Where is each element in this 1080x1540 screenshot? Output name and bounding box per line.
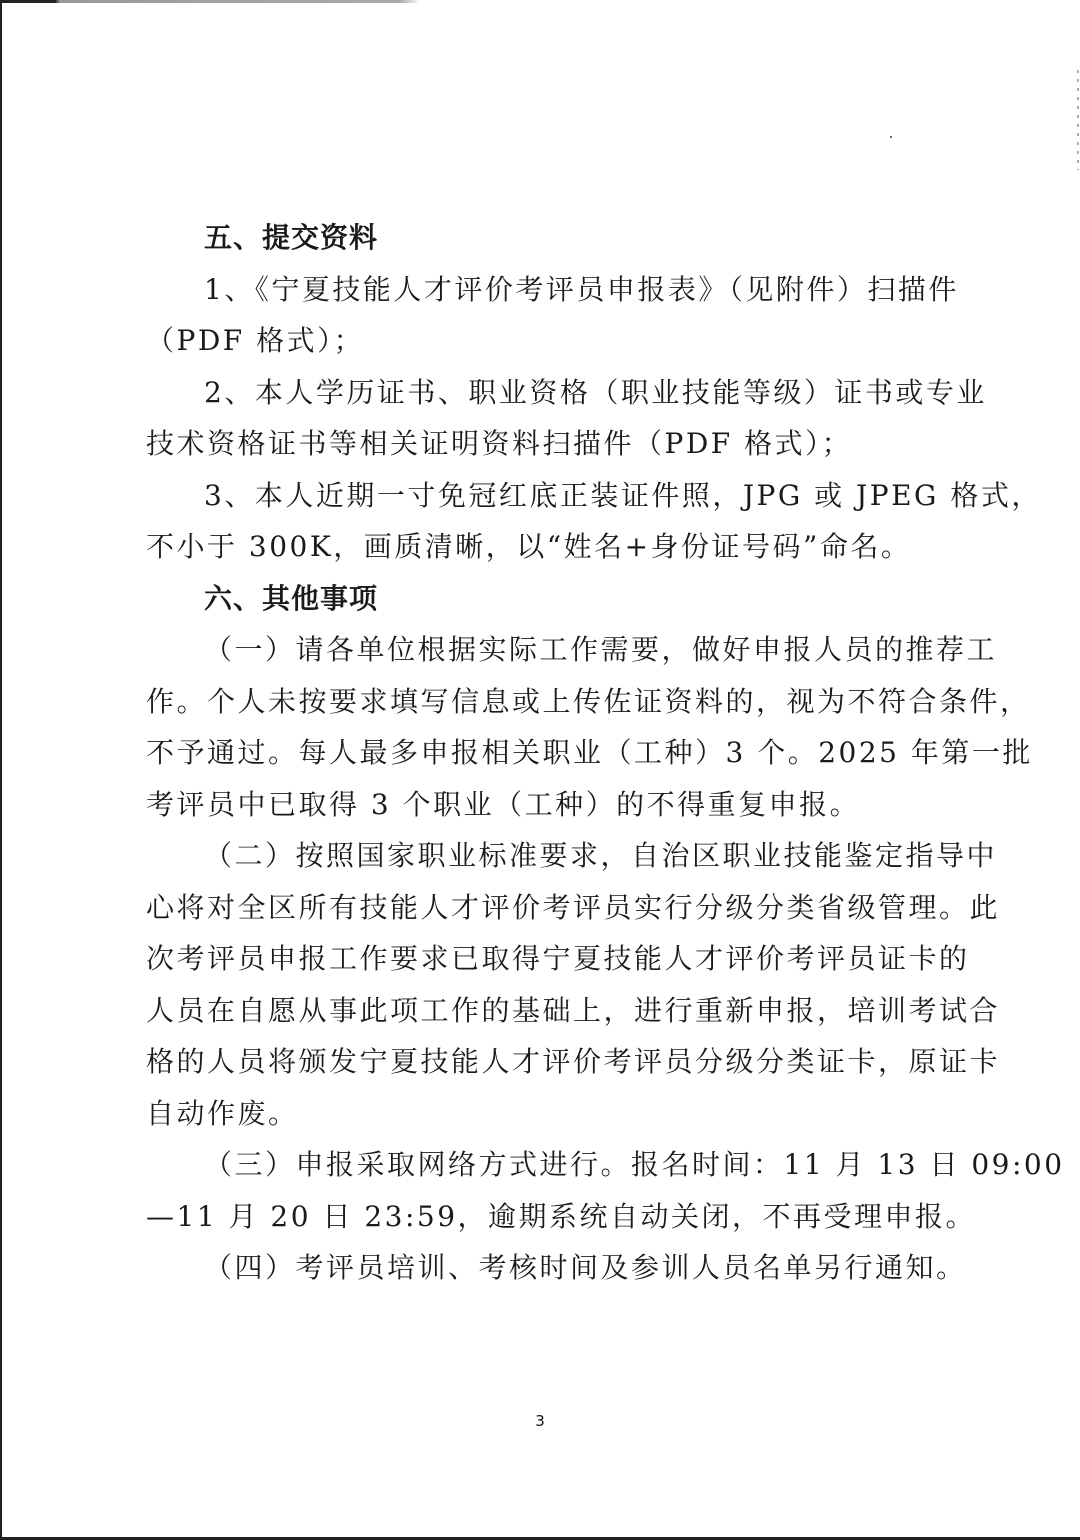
scan-speck [890, 136, 892, 138]
paragraph: （三）申报采取网络方式进行。报名时间：11 月 13 日 09:00 —11 月… [146, 1139, 946, 1242]
scan-artifact-right [1077, 70, 1079, 170]
scan-border-left [0, 0, 2, 1538]
paragraph-line: 不小于 300K，画质清晰，以“姓名+身份证号码”命名。 [146, 521, 946, 573]
section-submit-materials: 五、提交资料 1、《宁夏技能人才评价考评员申报表》（见附件）扫描件 （PDF 格… [146, 212, 946, 573]
section-other-matters: 六、其他事项 （一）请各单位根据实际工作需要，做好申报人员的推荐工 作。个人未按… [146, 573, 946, 1294]
section-heading: 六、其他事项 [146, 573, 946, 625]
paragraph-line: 1、《宁夏技能人才评价考评员申报表》（见附件）扫描件 [146, 264, 946, 316]
paragraph-line: 作。个人未按要求填写信息或上传佐证资料的，视为不符合条件， [146, 676, 946, 728]
paragraph: 3、本人近期一寸免冠红底正装证件照，JPG 或 JPEG 格式， 不小于 300… [146, 470, 946, 573]
paragraph-line: （一）请各单位根据实际工作需要，做好申报人员的推荐工 [146, 624, 946, 676]
paragraph: 1、《宁夏技能人才评价考评员申报表》（见附件）扫描件 （PDF 格式）； [146, 264, 946, 367]
paragraph-line: 3、本人近期一寸免冠红底正装证件照，JPG 或 JPEG 格式， [146, 470, 946, 522]
paragraph-line: 2、本人学历证书、职业资格（职业技能等级）证书或专业 [146, 367, 946, 419]
paragraph: （四）考评员培训、考核时间及参训人员名单另行通知。 [146, 1242, 946, 1294]
paragraph-line: 人员在自愿从事此项工作的基础上，进行重新申报，培训考试合 [146, 985, 946, 1037]
paragraph-line: 自动作废。 [146, 1088, 946, 1140]
paragraph-line: —11 月 20 日 23:59，逾期系统自动关闭，不再受理申报。 [146, 1191, 946, 1243]
paragraph-line: 技术资格证书等相关证明资料扫描件（PDF 格式）； [146, 418, 946, 470]
scan-border-top [0, 0, 420, 3]
paragraph-line: （四）考评员培训、考核时间及参训人员名单另行通知。 [146, 1242, 946, 1294]
paragraph-line: 心将对全区所有技能人才评价考评员实行分级分类省级管理。此 [146, 882, 946, 934]
paragraph: 2、本人学历证书、职业资格（职业技能等级）证书或专业 技术资格证书等相关证明资料… [146, 367, 946, 470]
paragraph-line: 考评员中已取得 3 个职业（工种）的不得重复申报。 [146, 779, 946, 831]
paragraph-line: （三）申报采取网络方式进行。报名时间：11 月 13 日 09:00 [146, 1139, 946, 1191]
page-number: 3 [0, 1412, 1080, 1430]
paragraph: （一）请各单位根据实际工作需要，做好申报人员的推荐工 作。个人未按要求填写信息或… [146, 624, 946, 830]
section-heading: 五、提交资料 [146, 212, 946, 264]
paragraph-line: （PDF 格式）； [146, 315, 946, 367]
paragraph-line: 格的人员将颁发宁夏技能人才评价考评员分级分类证卡，原证卡 [146, 1036, 946, 1088]
paragraph: （二）按照国家职业标准要求，自治区职业技能鉴定指导中 心将对全区所有技能人才评价… [146, 830, 946, 1139]
paragraph-line: 不予通过。每人最多申报相关职业（工种）3 个。2025 年第一批 [146, 727, 946, 779]
paragraph-line: （二）按照国家职业标准要求，自治区职业技能鉴定指导中 [146, 830, 946, 882]
paragraph-line: 次考评员申报工作要求已取得宁夏技能人才评价考评员证卡的 [146, 933, 946, 985]
document-body: 五、提交资料 1、《宁夏技能人才评价考评员申报表》（见附件）扫描件 （PDF 格… [146, 212, 946, 1294]
